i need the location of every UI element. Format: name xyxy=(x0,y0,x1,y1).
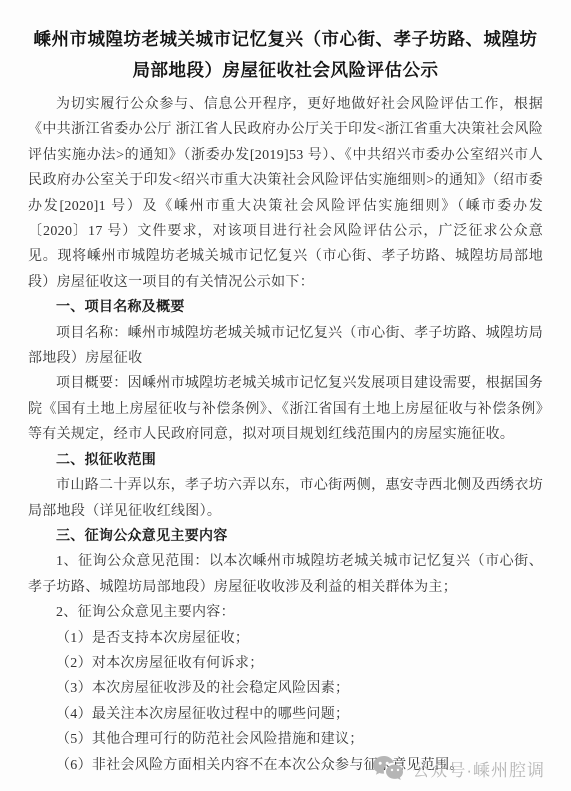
section-2-heading: 二、拟征收范围 xyxy=(28,448,543,473)
wechat-watermark: 公众号·嵊州腔调 xyxy=(372,755,545,781)
section-3-paragraph: 2、征询公众意见主要内容： xyxy=(28,600,543,625)
section-3-heading: 三、征询公众意见主要内容 xyxy=(28,524,543,549)
list-item: （3）本次房屋征收涉及的社会稳定风险因素； xyxy=(28,676,543,701)
section-1-paragraph: 项目名称：嵊州市城隍坊老城关城市记忆复兴（市心街、孝子坊路、城隍坊局部地段）房屋… xyxy=(28,321,543,372)
section-1-heading: 一、项目名称及概要 xyxy=(28,295,543,320)
section-3-paragraph: 1、征询公众意见范围：以本次嵊州市城隍坊老城关城市记忆复兴（市心街、孝子坊路、城… xyxy=(28,549,543,600)
section-2-paragraph: 市山路二十弄以东，孝子坊六弄以东，市心街两侧，惠安寺西北侧及西绣衣坊局部地段（详… xyxy=(28,473,543,524)
list-item: （4）最关注本次房屋征收过程中的哪些问题； xyxy=(28,702,543,727)
intro-paragraph: 为切实履行公众参与、信息公开程序，更好地做好社会风险评估工作，根据《中共浙江省委… xyxy=(28,92,543,295)
announcement-page: 嵊州市城隍坊老城关城市记忆复兴（市心街、孝子坊路、城隍坊局部地段）房屋征收社会风… xyxy=(0,0,571,791)
page-title: 嵊州市城隍坊老城关城市记忆复兴（市心街、孝子坊路、城隍坊局部地段）房屋征收社会风… xyxy=(28,24,543,86)
list-item: （5）其他合理可行的防范社会风险措施和建议； xyxy=(28,727,543,752)
list-item: （2）对本次房屋征收有何诉求； xyxy=(28,651,543,676)
watermark-label: 公众号·嵊州腔调 xyxy=(412,756,545,781)
list-item: （1）是否支持本次房屋征收； xyxy=(28,626,543,651)
section-1-paragraph: 项目概要：因嵊州市城隍坊老城关城市记忆复兴发展项目建设需要，根据国务院《国有土地… xyxy=(28,371,543,447)
wechat-icon xyxy=(372,755,405,781)
